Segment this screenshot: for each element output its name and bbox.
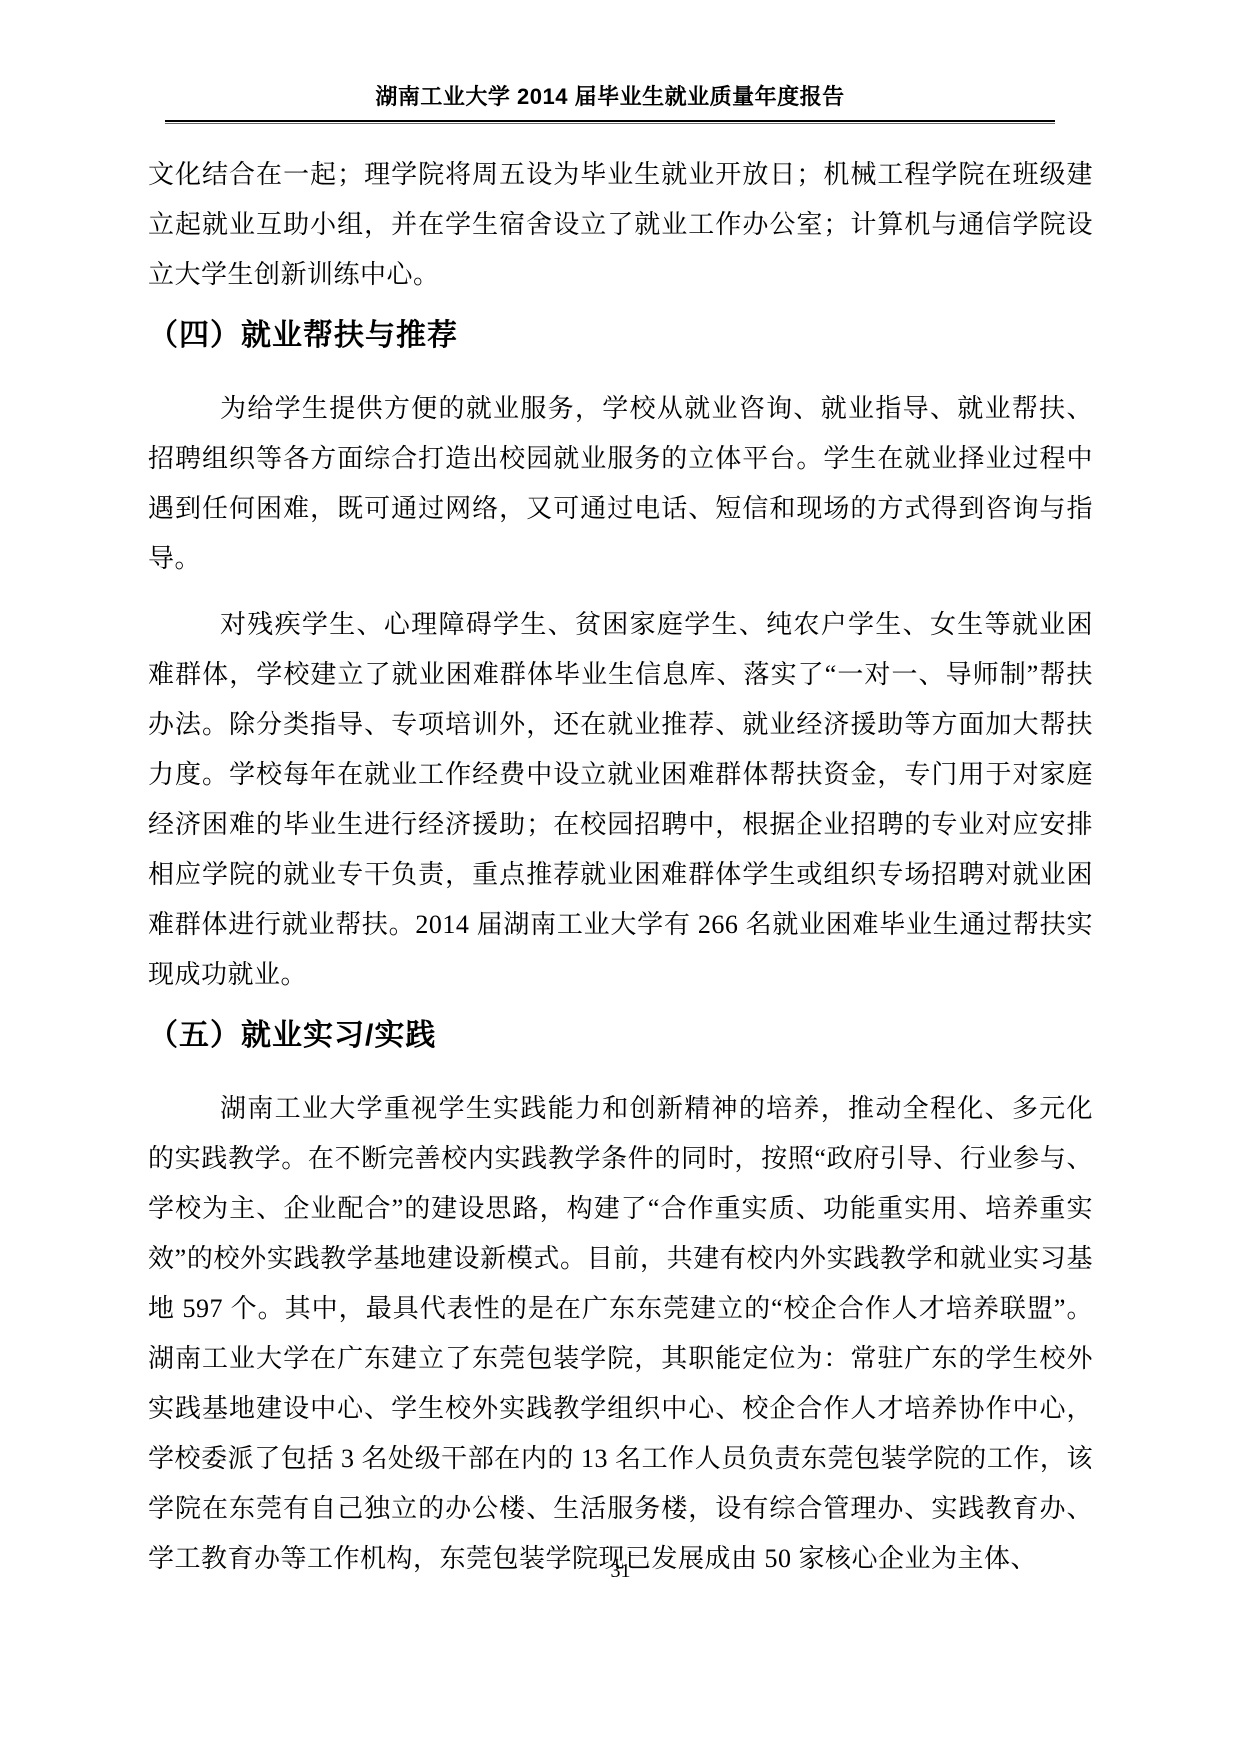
body-paragraph: 湖南工业大学重视学生实践能力和创新精神的培养，推动全程化、多元化的实践教学。在不…: [148, 1084, 1093, 1584]
header-rule: [165, 120, 1055, 124]
section-heading-4: （四）就业帮扶与推荐: [148, 316, 1093, 356]
body-paragraph: 对残疾学生、心理障碍学生、贫困家庭学生、纯农户学生、女生等就业困难群体，学校建立…: [148, 600, 1093, 1000]
body-paragraph: 为给学生提供方便的就业服务，学校从就业咨询、就业指导、就业帮扶、招聘组织等各方面…: [148, 384, 1093, 584]
page-content: 文化结合在一起；理学院将周五设为毕业生就业开放日；机械工程学院在班级建立起就业互…: [148, 150, 1093, 1600]
running-header-title: 湖南工业大学 2014 届毕业生就业质量年度报告: [165, 84, 1055, 110]
document-page: 湖南工业大学 2014 届毕业生就业质量年度报告 文化结合在一起；理学院将周五设…: [0, 0, 1241, 1754]
section-heading-5: （五）就业实习/实践: [148, 1016, 1093, 1056]
page-number: 31: [0, 1558, 1241, 1584]
body-paragraph: 文化结合在一起；理学院将周五设为毕业生就业开放日；机械工程学院在班级建立起就业互…: [148, 150, 1093, 300]
